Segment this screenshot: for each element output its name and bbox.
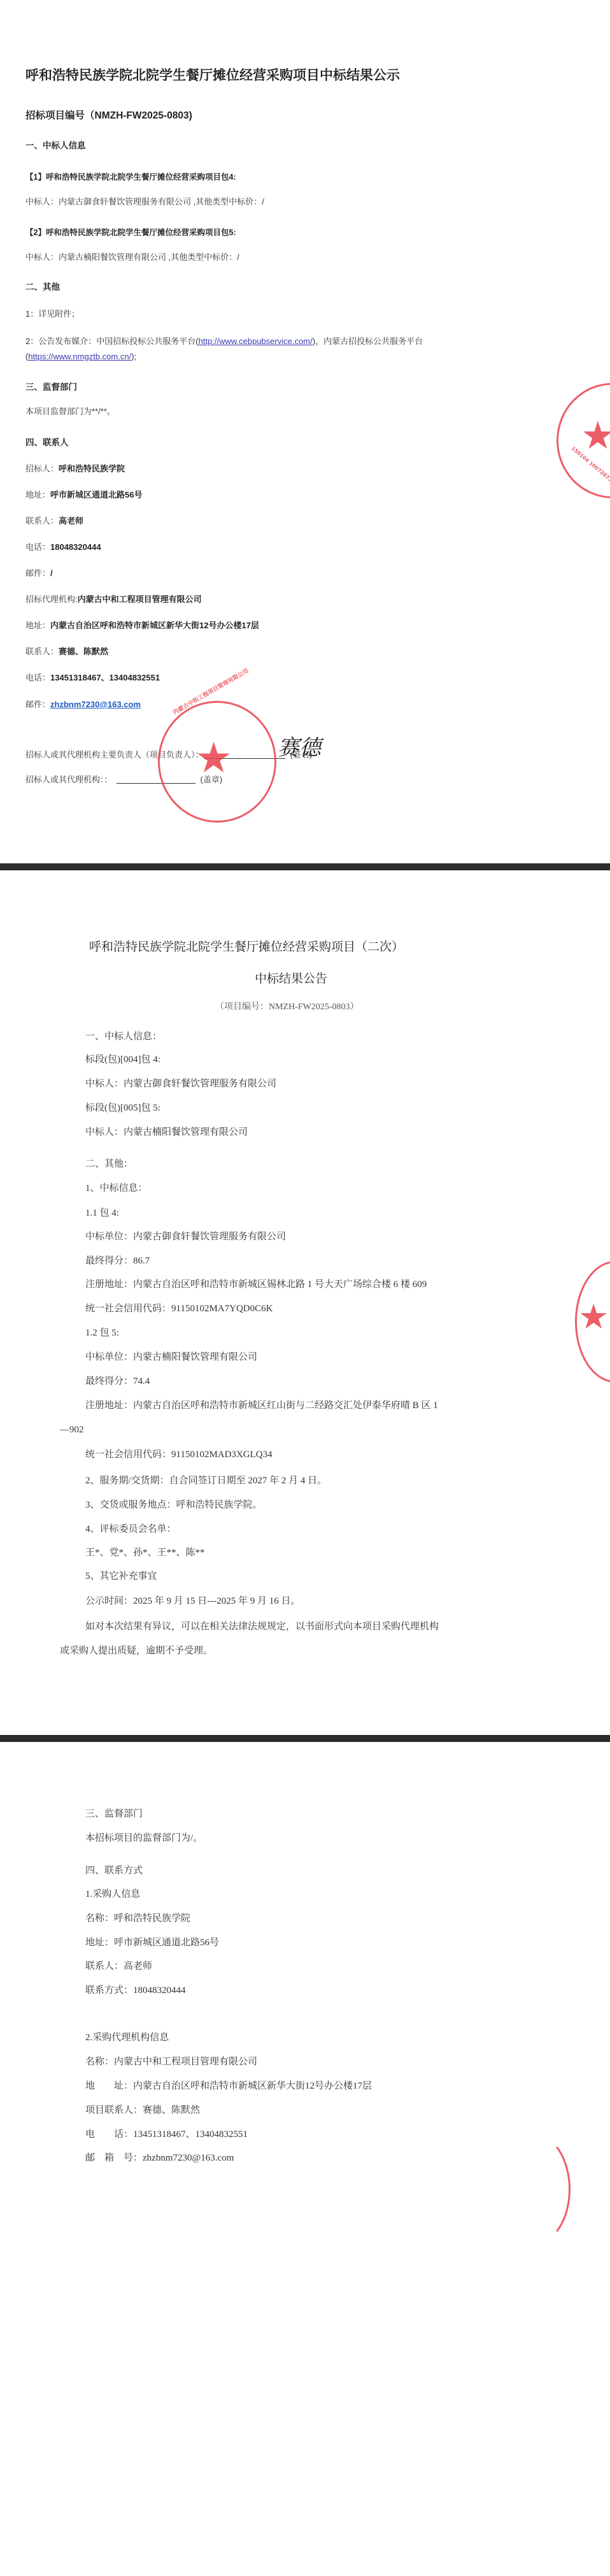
agency-row: 招标代理机构:内蒙古中和工程项目管理有限公司: [25, 595, 202, 603]
agency-contact-row: 联系人：赛德、陈默然: [25, 647, 108, 656]
notice-title: 呼和浩特民族学院北院学生餐厅摊位经营采购项目（二次）: [89, 941, 404, 953]
lot-1-heading: 【1】呼和浩特民族学院北院学生餐厅摊位经营采购项目包4:: [25, 173, 236, 182]
tenderer-row: 招标人：呼和浩特民族学院: [25, 464, 125, 473]
award-1-score: 最终得分：86.7: [85, 1256, 150, 1266]
cebpubservice-link[interactable]: http://www.cebpubservice.com/: [199, 336, 313, 346]
section-heading-other: 二、其他：: [85, 1160, 133, 1169]
phone-label: 电话：: [25, 673, 50, 682]
project-number: （项目编号：NMZH-FW2025-0803）: [215, 1003, 359, 1012]
other-item-2-cont: (https://www.nmgztb.com.cn/);: [25, 352, 136, 361]
section-heading-supervision: 三、监督部门: [85, 1810, 143, 1819]
notice-subtitle: 中标结果公告: [255, 973, 327, 985]
award-1-address: 注册地址：内蒙古自治区呼和浩特市新城区锡林北路 1 号大天广场综合楼 6 楼 6…: [85, 1280, 427, 1290]
phone-value: 13451318467、13404832551: [133, 2129, 248, 2140]
lot-2-heading: 【2】呼和浩特民族学院北院学生餐厅摊位经营采购项目包5:: [25, 229, 236, 237]
address-value: 内蒙古自治区呼和浩特市新城区新华大街12号办公楼17层: [50, 621, 259, 630]
award-2-address-cont: —902: [60, 1425, 84, 1435]
section-heading-other: 二、其他: [25, 283, 60, 292]
email-value[interactable]: zhzbnm7230@163.com: [143, 2153, 234, 2163]
agency-email-row: 邮件：zhzbnm7230@163.com: [25, 700, 141, 709]
objection-text: 如对本次结果有异议，可以在相关法律法规规定，以书面形式向本项目采购代理机构: [85, 1622, 439, 1632]
section-heading-winners: 一、中标人信息: [25, 141, 86, 150]
tenderer-contact-row: 联系人：高老师: [25, 517, 83, 525]
service-location: 3、交货或服务地点：呼和浩特民族学院。: [85, 1500, 262, 1510]
publicity-period: 公示时间：2025 年 9 月 15 日---2025 年 9 月 16 日。: [85, 1597, 301, 1606]
award-1-credit-code: 统一社会信用代码：91150102MA7YQD0C6K: [85, 1304, 273, 1314]
award-2-score: 最终得分：74.4: [85, 1377, 150, 1386]
service-period: 2、服务期/交货期：自合同签订日期至 2027 年 2 月 4 日。: [85, 1476, 327, 1486]
committee-members: 王*、党*、孙*、王**、陈**: [85, 1548, 205, 1558]
lot-winner: 中标人：内蒙古楠阳餐饮管理有限公司: [85, 1128, 248, 1137]
award-info-heading: 1、中标信息：: [85, 1184, 148, 1193]
purchaser-heading: 1.采购人信息: [85, 1890, 140, 1899]
supervision-text: 本招标项目的监督部门为/。: [85, 1834, 202, 1843]
award-2-heading: 1.2 包 5:: [85, 1328, 119, 1338]
other-item-1: 1：详见附件；: [25, 310, 80, 318]
project-number: 招标项目编号（NMZH-FW2025-0803): [25, 111, 192, 121]
agency-email-link[interactable]: zhzbnm7230@163.com: [50, 700, 141, 709]
nmgztb-link[interactable]: https://www.nmgztb.com.cn/: [28, 352, 131, 361]
address-label: 地址：: [25, 490, 50, 500]
page-3: 三、监督部门 本招标项目的监督部门为/。 四、联系方式 1.采购人信息 名称：呼…: [0, 1742, 610, 2576]
paren-close: );: [131, 352, 136, 361]
section-heading-contacts: 四、联系人: [25, 438, 69, 447]
lot-label: 标段(包)[004]包 4:: [85, 1055, 160, 1065]
phone-label: 电话：: [25, 542, 50, 552]
agency-value: 内蒙古中和工程项目管理有限公司: [78, 594, 202, 604]
tenderer-email-row: 邮件：/: [25, 569, 53, 577]
supplement-heading: 5、其它补充事宜: [85, 1572, 157, 1581]
award-2-unit: 中标单位：内蒙古楠阳餐饮管理有限公司: [85, 1353, 257, 1362]
star-icon: ★: [581, 417, 610, 455]
phone-value: 13451318467、13404832551: [50, 673, 160, 682]
star-icon: ★: [578, 1300, 609, 1334]
agency-label: 招标代理机构:: [25, 594, 78, 604]
supervision-text: 本项目监督部门为**/**。: [25, 407, 115, 415]
page-1: 呼和浩特民族学院北院学生餐厅摊位经营采购项目中标结果公示 招标项目编号（NMZH…: [0, 0, 610, 863]
edge-seal-stamp: [497, 2133, 571, 2245]
handwritten-signature: 赛德: [278, 730, 321, 761]
lot-winner: 中标人：内蒙古御食轩餐饮管理服务有限公司: [85, 1079, 276, 1089]
phone-label: 电 话：: [85, 2129, 133, 2140]
purchaser-contact: 联系人：高老师: [85, 1962, 152, 1971]
agency-address: 地 址：内蒙古自治区呼和浩特市新城区新华大街12号办公楼17层: [85, 2082, 372, 2091]
email-label: 邮 箱 号：: [85, 2153, 143, 2163]
agency-name: 名称：内蒙古中和工程项目管理有限公司: [85, 2057, 257, 2067]
contact-value: 高老师: [59, 516, 83, 526]
committee-heading: 4、评标委员会名单：: [85, 1525, 176, 1534]
other-item-2-mid: )，内蒙古招投标公共服务平台: [313, 336, 423, 346]
phone-value: 18048320444: [50, 542, 101, 552]
tenderer-value: 呼和浩特民族学院: [59, 464, 125, 473]
page-divider: [0, 1735, 610, 1742]
star-icon: ★: [195, 738, 232, 780]
address-value: 内蒙古自治区呼和浩特市新城区新华大街12号办公楼17层: [133, 2081, 372, 2091]
award-2-credit-code: 统一社会信用代码：91150102MAD3XGLQ34: [85, 1450, 273, 1460]
edge-seal-stamp: ★ 150104 10072873: [557, 383, 610, 498]
agency-phone: 电 话：13451318467、13404832551: [85, 2130, 248, 2140]
agency-address-row: 地址：内蒙古自治区呼和浩特市新城区新华大街12号办公楼17层: [25, 621, 259, 630]
contact-value: 赛德、陈默然: [59, 647, 108, 656]
award-1-unit: 中标单位：内蒙古御食轩餐饮管理服务有限公司: [85, 1232, 286, 1242]
edge-seal-stamp: ★: [575, 1261, 610, 1383]
purchaser-address: 地址：呼市新城区通道北路56号: [85, 1938, 219, 1948]
agency-phone-row: 电话：13451318467、13404832551: [25, 673, 160, 682]
contact-label: 联系人：: [25, 647, 59, 656]
agency-contact: 项目联系人：赛德、陈默然: [85, 2106, 200, 2115]
address-value: 呼市新城区通道北路56号: [50, 490, 142, 500]
page-2: 呼和浩特民族学院北院学生餐厅摊位经营采购项目（二次） 中标结果公告 （项目编号：…: [0, 870, 610, 1735]
objection-text-cont: 或采购人提出质疑，逾期不予受理。: [60, 1646, 213, 1656]
section-heading-supervision: 三、监督部门: [25, 383, 77, 392]
company-seal-stamp: ★ 内蒙古中和工程项目管理有限公司: [158, 701, 276, 823]
section-heading-winners: 一、中标人信息：: [85, 1032, 162, 1042]
purchaser-name: 名称：呼和浩特民族学院: [85, 1914, 190, 1924]
other-item-2-prefix: 2：公告发布媒介：中国招标投标公共服务平台(: [25, 336, 199, 346]
section-heading-contacts: 四、联系方式: [85, 1866, 143, 1876]
tenderer-phone-row: 电话：18048320444: [25, 543, 101, 551]
email-label: 邮件：: [25, 700, 50, 709]
address-label: 地址：: [25, 621, 50, 630]
other-item-2: 2：公告发布媒介：中国招标投标公共服务平台(http://www.cebpubs…: [25, 337, 423, 345]
tenderer-address-row: 地址：呼市新城区通道北路56号: [25, 491, 142, 499]
agency-email: 邮 箱 号：zhzbnm7230@163.com: [85, 2154, 234, 2163]
email-value: /: [50, 568, 53, 578]
award-1-heading: 1.1 包 4:: [85, 1209, 119, 1218]
purchaser-phone: 联系方式：18048320444: [85, 1986, 186, 1996]
address-label: 地 址：: [85, 2081, 133, 2091]
seal-label: 招标人或其代理机构：：: [25, 775, 113, 784]
agency-heading: 2.采购代理机构信息: [85, 2033, 169, 2043]
page-title: 呼和浩特民族学院北院学生餐厅摊位经营采购项目中标结果公示: [25, 69, 400, 82]
award-2-address: 注册地址：内蒙古自治区呼和浩特市新城区红山街与二经路交汇处伊泰华府晴 B 区 1: [85, 1401, 438, 1411]
stamp-text: 内蒙古中和工程项目管理有限公司: [171, 666, 250, 716]
lot-1-winner: 中标人：内蒙古御食轩餐饮管理服务有限公司 ,其他类型中标价：/: [25, 198, 264, 206]
lot-2-winner: 中标人：内蒙古楠阳餐饮管理有限公司 ,其他类型中标价：/: [25, 253, 239, 261]
lot-label: 标段(包)[005]包 5:: [85, 1104, 160, 1113]
page-divider: [0, 863, 610, 870]
tenderer-label: 招标人：: [25, 464, 59, 473]
contact-label: 联系人：: [25, 516, 59, 526]
email-label: 邮件：: [25, 568, 50, 578]
